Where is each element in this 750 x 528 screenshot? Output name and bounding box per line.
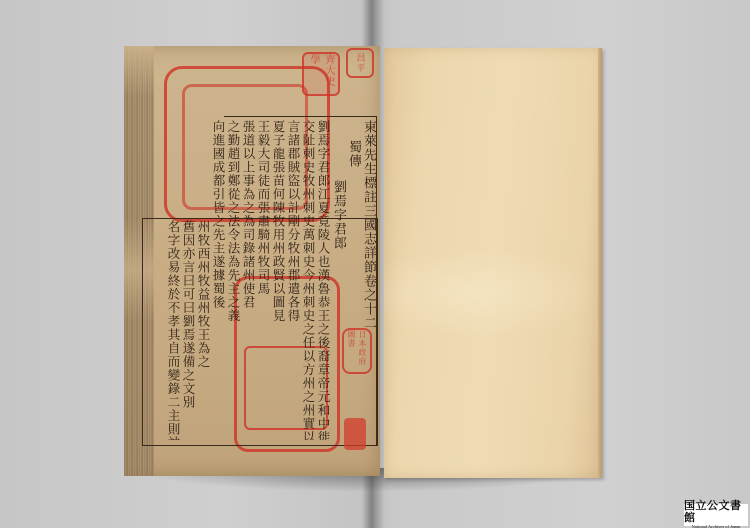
paper-crease	[384, 248, 602, 338]
text-column: 名字改易終於不孝其自而變錄二主則神明不可盡要天命	[166, 220, 181, 440]
watermark-subtitle: National Archives of Japan	[692, 524, 741, 528]
text-column: 向進國成都引皆之先主遂據蜀後	[211, 120, 226, 440]
section-heading: 蜀傳	[346, 140, 361, 460]
text-column: 張道以上事為之為司錄諸州使君	[241, 120, 256, 440]
margin-red-seal-lower	[344, 418, 366, 450]
text-column: 劉焉字君郎江夏竟陵人也漢魯恭王之後裔章帝元和中徙封竟陵支庶家焉	[316, 120, 331, 440]
margin-red-seal-upper: 日本政府圖書	[342, 328, 372, 374]
right-page-edge	[598, 48, 602, 478]
text-columns: 東萊先生標註三國志詳節卷之十二 蜀傳 劉焉字君郎 劉焉字君郎江夏竟陵人也漢魯恭王…	[146, 120, 376, 440]
text-column: 言諸郡賊盜以計剛分牧州郡遣各得	[286, 120, 301, 440]
square-red-seal: 齊大史學	[302, 52, 340, 96]
text-column: 舊因亦言曰可曰劉焉遂備之文別	[181, 220, 196, 440]
top-right-red-seal: 昌平	[346, 48, 374, 78]
right-page-blank	[384, 48, 602, 478]
text-column: 州牧西州牧益州牧王為之	[196, 220, 211, 440]
watermark-title: 国立公文書館	[684, 500, 748, 524]
text-column: 王毅大司徒而張肅騎州牧司馬	[256, 120, 271, 440]
title-column: 東萊先生標註三國志詳節卷之十二	[361, 120, 376, 440]
archive-watermark: 国立公文書館 National Archives of Japan	[684, 504, 748, 526]
text-column: 交阯刺史牧州刺史萬刺史今州刺史之任以方州之州實以立其位	[301, 120, 316, 440]
text-column: 夏子龍張苗何陳牧用州政賢以圖見	[271, 120, 286, 440]
left-page: 齊大史學 昌平 東萊先生標註三國志詳節卷之十二 蜀傳 劉焉字君郎 劉焉字君郎江夏…	[124, 46, 380, 476]
text-column: 之勤趙到鄭從之法令法為先主之義	[226, 120, 241, 440]
